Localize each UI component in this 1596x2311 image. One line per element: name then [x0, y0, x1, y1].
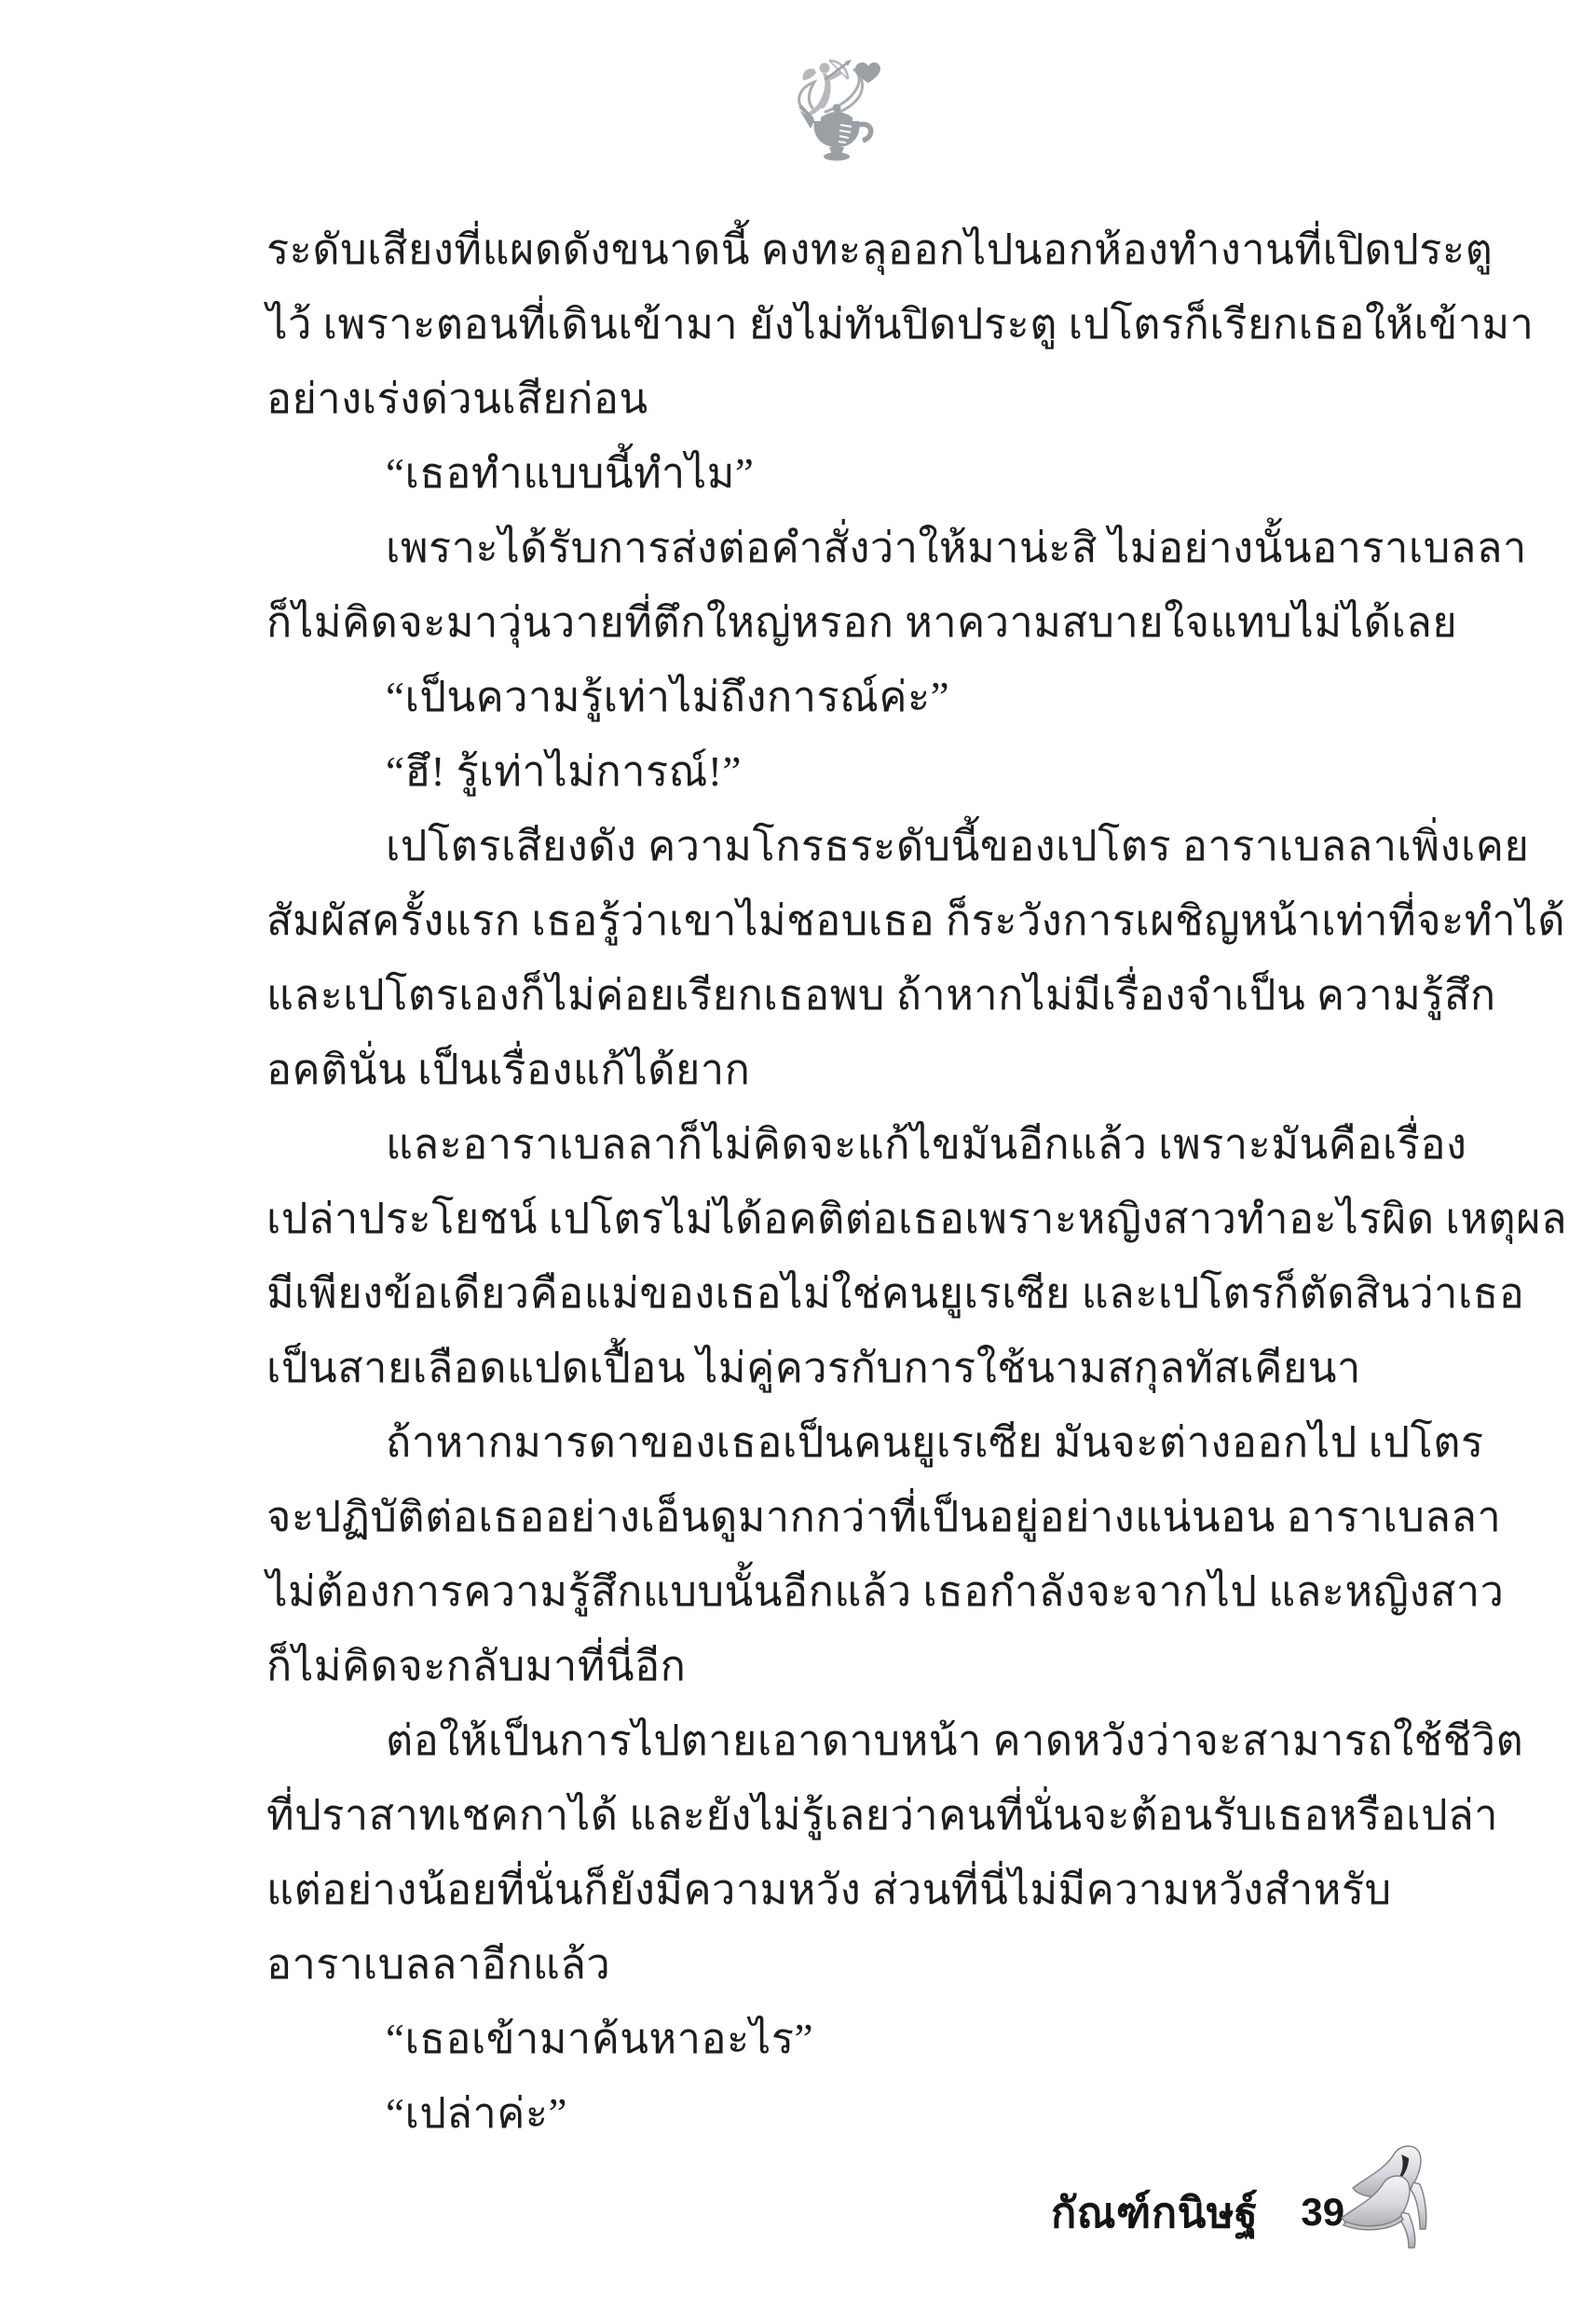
text-line: จะปฏิบัติต่อเธออย่างเอ็นดูมากกว่าที่เป็น… [266, 1480, 1433, 1554]
text-line: ที่ปราสาทเชคกาได้ และยังไม่รู้เลยว่าคนที… [266, 1778, 1433, 1853]
text-line: อาราเบลลาอีกแล้ว [266, 1927, 1433, 2002]
text-line: แต่อย่างน้อยที่นั่นก็ยังมีความหวัง ส่วนท… [266, 1853, 1433, 1927]
text-line: อย่างเร่งด่วนเสียก่อน [266, 362, 1433, 436]
cupid-genie-lamp-ornament-icon [783, 54, 891, 171]
text-line: ต่อให้เป็นการไปตายเอาดาบหน้า คาดหวังว่าจ… [266, 1703, 1433, 1778]
text-line: เปโตรเสียงดัง ความโกรธระดับนี้ของเปโตร อ… [266, 809, 1433, 883]
text-line: ไม่ต้องการความรู้สึกแบบนั้นอีกแล้ว เธอกำ… [266, 1554, 1433, 1629]
page-footer: กัณฑ์กนิษฐ์ 39 [1051, 2179, 1344, 2246]
text-line: ถ้าหากมารดาของเธอเป็นคนยูเรเซีย มันจะต่า… [266, 1405, 1433, 1480]
text-line: เปล่าประโยชน์ เปโตรไม่ได้อคติต่อเธอเพราะ… [266, 1182, 1433, 1256]
text-line: อคตินั่น เป็นเรื่องแก้ได้ยาก [266, 1032, 1433, 1107]
text-line: “เป็นความรู้เท่าไม่ถึงการณ์ค่ะ” [266, 660, 1433, 734]
text-line: ไว้ เพราะตอนที่เดินเข้ามา ยังไม่ทันปิดปร… [266, 287, 1433, 362]
text-line: เป็นสายเลือดแปดเปื้อน ไม่คู่ควรกับการใช้… [266, 1331, 1433, 1405]
text-line: ก็ไม่คิดจะกลับมาที่นี่อีก [266, 1629, 1433, 1703]
text-line: ระดับเสียงที่แผดดังขนาดนี้ คงทะลุออกไปนอ… [266, 212, 1433, 287]
text-line: “เธอทำแบบนี้ทำไม” [266, 436, 1433, 511]
book-page: ระดับเสียงที่แผดดังขนาดนี้ คงทะลุออกไปนอ… [0, 0, 1596, 2311]
text-line: เพราะได้รับการส่งต่อคำสั่งว่าให้มาน่ะสิ … [266, 511, 1433, 585]
text-line: ก็ไม่คิดจะมาวุ่นวายที่ตึกใหญ่หรอก หาความ… [266, 585, 1433, 660]
text-line: มีเพียงข้อเดียวคือแม่ของเธอไม่ใช่คนยูเรเ… [266, 1256, 1433, 1331]
author-name: กัณฑ์กนิษฐ์ [1051, 2179, 1258, 2246]
text-line: “เปล่าค่ะ” [266, 2076, 1433, 2151]
text-line: สัมผัสครั้งแรก เธอรู้ว่าเขาไม่ชอบเธอ ก็ร… [266, 883, 1433, 958]
text-line: และอาราเบลลาก็ไม่คิดจะแก้ไขมันอีกแล้ว เพ… [266, 1107, 1433, 1182]
high-heels-icon [1336, 2140, 1440, 2251]
text-line: “ฮึ! รู้เท่าไม่การณ์!” [266, 734, 1433, 809]
text-line: และเปโตรเองก็ไม่ค่อยเรียกเธอพบ ถ้าหากไม่… [266, 958, 1433, 1032]
body-text: ระดับเสียงที่แผดดังขนาดนี้ คงทะลุออกไปนอ… [266, 212, 1433, 2151]
text-line: “เธอเข้ามาค้นหาอะไร” [266, 2002, 1433, 2076]
